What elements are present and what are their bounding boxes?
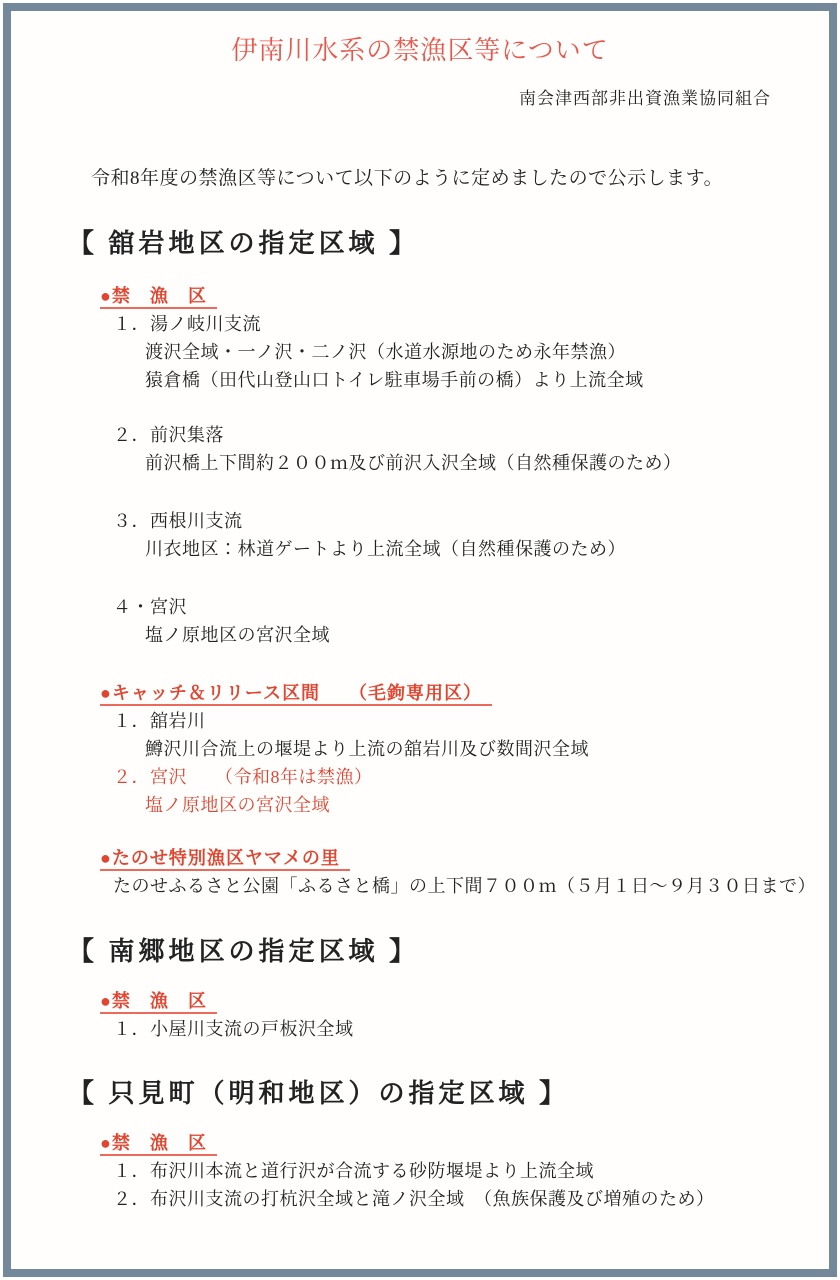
item-line: 川衣地区：林道ゲートより上流全域（自然種保護のため） bbox=[145, 535, 829, 563]
document-title: 伊南川水系の禁漁区等について bbox=[11, 33, 829, 69]
group-heading-label: ●キャッチ＆リリース区間 （毛鉤専用区） bbox=[100, 683, 492, 706]
item-title: １．舘岩川 bbox=[113, 707, 829, 735]
item-title: ２．前沢集落 bbox=[113, 421, 829, 449]
organization-name: 南会津西部非出資漁業協同組合 bbox=[11, 87, 829, 111]
item-line: 渡沢全域・一ノ沢・二ノ沢（水道水源地のため永年禁漁） bbox=[145, 338, 829, 366]
group-heading-label: ●たのせ特別漁区ヤマメの里 bbox=[100, 848, 350, 871]
item-title: １．布沢川本流と道行沢が合流する砂防堰堤より上流全域 bbox=[113, 1157, 829, 1185]
section-heading-tadami: 【 只見町（明和地区）の指定区域 】 bbox=[68, 1077, 829, 1111]
group-heading-label: ●禁 漁 区 bbox=[100, 991, 217, 1014]
item-title: ２．布沢川支流の打杭沢全域と滝ノ沢全域 （魚族保護及び増殖のため） bbox=[113, 1185, 829, 1213]
item-title: １．小屋川支流の戸板沢全域 bbox=[113, 1015, 829, 1043]
group-heading-kinryoku-2: ●禁 漁 区 bbox=[100, 987, 829, 1015]
item-title: ３．西根川支流 bbox=[113, 507, 829, 535]
item-line: 前沢橋上下間約２００ｍ及び前沢入沢全域（自然種保護のため） bbox=[145, 449, 829, 477]
section-heading-nango: 【 南郷地区の指定区域 】 bbox=[68, 935, 829, 969]
item-line: 鱒沢川合流上の堰堤より上流の舘岩川及び数間沢全域 bbox=[145, 735, 829, 763]
group-heading-kinryoku-3: ●禁 漁 区 bbox=[100, 1129, 829, 1157]
group-heading-kinryoku-1: ●禁 漁 区 bbox=[100, 282, 829, 310]
group-heading-tanose: ●たのせ特別漁区ヤマメの里 bbox=[100, 844, 829, 872]
item-line: 塩ノ原地区の宮沢全域 bbox=[145, 621, 829, 649]
group-heading-label: ●禁 漁 区 bbox=[100, 1133, 217, 1156]
section-tateiwa: 【 舘岩地区の指定区域 】 ●禁 漁 区 １．湯ノ岐川支流 渡沢全域・一ノ沢・二… bbox=[11, 227, 829, 900]
intro-text: 令和8年度の禁漁区等について以下のように定めましたので公示します。 bbox=[91, 165, 829, 193]
item-line-red: 塩ノ原地区の宮沢全域 bbox=[145, 791, 829, 819]
item-line: 猿倉橋（田代山登山口トイレ駐車場手前の橋）より上流全域 bbox=[145, 366, 829, 394]
item-title: １．湯ノ岐川支流 bbox=[113, 310, 829, 338]
item-line: たのせふるさと公園「ふるさと橋」の上下間７００ｍ（５月１日～９月３０日まで） bbox=[113, 872, 829, 900]
section-tadami: 【 只見町（明和地区）の指定区域 】 ●禁 漁 区 １．布沢川本流と道行沢が合流… bbox=[11, 1077, 829, 1213]
page-border: 伊南川水系の禁漁区等について 南会津西部非出資漁業協同組合 令和8年度の禁漁区等… bbox=[3, 3, 837, 1277]
group-heading-label: ●禁 漁 区 bbox=[100, 286, 217, 309]
group-heading-catch-release: ●キャッチ＆リリース区間 （毛鉤専用区） bbox=[100, 679, 829, 707]
item-title-red: ２．宮沢 （令和8年は禁漁） bbox=[113, 763, 829, 791]
section-nango: 【 南郷地区の指定区域 】 ●禁 漁 区 １．小屋川支流の戸板沢全域 bbox=[11, 935, 829, 1043]
item-title: ４・宮沢 bbox=[113, 593, 829, 621]
section-heading-tateiwa: 【 舘岩地区の指定区域 】 bbox=[68, 227, 829, 261]
